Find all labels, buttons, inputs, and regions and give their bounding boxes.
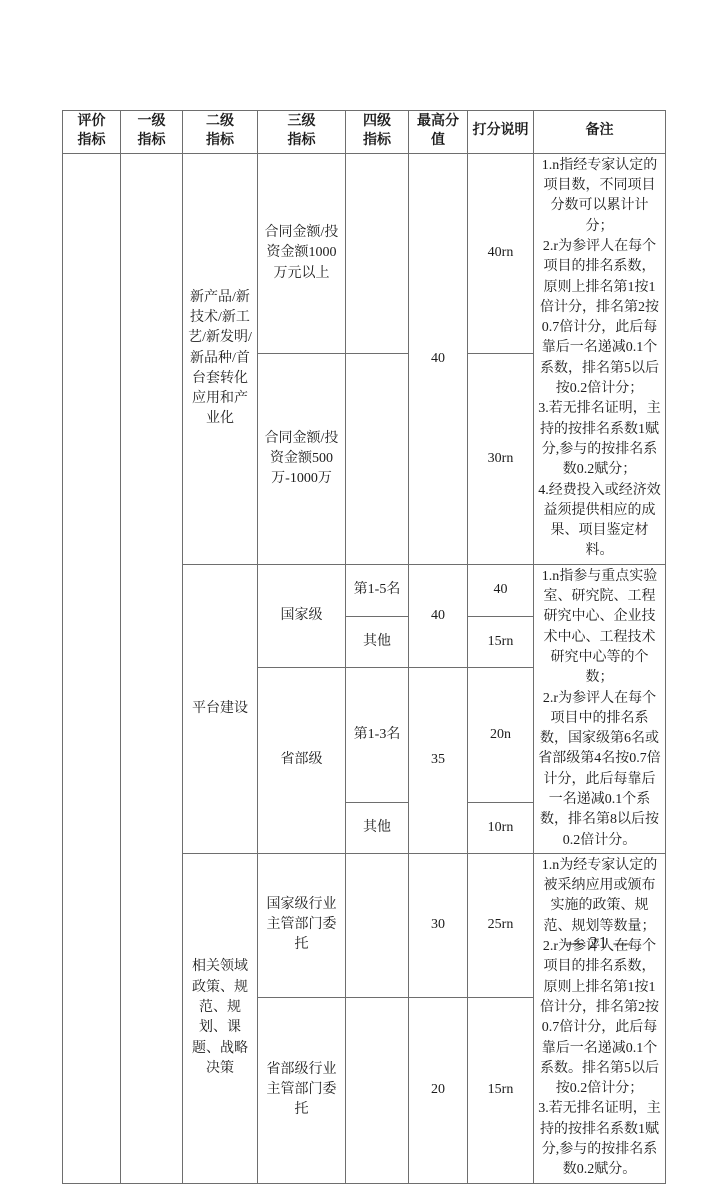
cell-level4-empty [346,997,409,1183]
cell-level4-other-provincial: 其他 [346,802,409,853]
evaluation-table: 评价 指标 一级 指标 二级 指标 三级 指标 四级 指标 最高分 值 打分说明… [62,110,666,1184]
page-number: — 21 — [566,933,632,953]
cell-score-40rn: 40rn [468,153,534,354]
remark-item: 1.n指经专家认定的项目数，不同项目分数可以累计计分； [537,156,662,237]
cell-level4-empty [346,153,409,354]
table-header-row: 评价 指标 一级 指标 二级 指标 三级 指标 四级 指标 最高分 值 打分说明… [63,111,666,154]
cell-score-20n: 20n [468,667,534,802]
cell-score-15rn: 15rn [468,997,534,1183]
remark-item: 1.n为经专家认定的被采纳应用或颁布实施的政策、规范、规划等数量； [537,856,662,937]
remark-item: 3.若无排名证明，主持的按排名系数1赋分,参与的按排名系数0.2赋分； [537,399,662,480]
cell-level2-policy: 相关领域政策、规范、规划、课题、战略决策 [183,853,258,1183]
cell-max-score-s1: 40 [409,153,468,564]
remark-item: 3.若无排名证明，主持的按排名系数1赋分,参与的按排名系数0.2赋分。 [537,1099,662,1180]
cell-max-score-national: 40 [409,564,468,667]
cell-max-score-30: 30 [409,853,468,997]
cell-level3-national-dept: 国家级行业主管部门委托 [258,853,346,997]
cell-max-score-provincial: 35 [409,667,468,853]
cell-level4-other-national: 其他 [346,616,409,667]
cell-score-40: 40 [468,564,534,616]
cell-score-30rn: 30rn [468,354,534,564]
header-scoring-notes: 打分说明 [468,111,534,154]
remark-item: 4.经费投入或经济效益须提供相应的成果、项目鉴定材料。 [537,481,662,562]
cell-level3-national: 国家级 [258,564,346,667]
cell-level1-indicator-empty [121,153,183,1183]
cell-level3-contract-500: 合同金额/投资金额500万-1000万 [258,354,346,564]
cell-score-15rn-national: 15rn [468,616,534,667]
cell-remark-s2: 1.n指参与重点实验室、研究院、工程研究中心、企业技术中心、工程技术研究中心等的… [534,564,666,853]
cell-level3-contract-1000: 合同金额/投资金额1000万元以上 [258,153,346,354]
cell-level2-new-products: 新产品/新技术/新工艺/新发明/新品种/首台套转化应用和产业化 [183,153,258,564]
header-remarks: 备注 [534,111,666,154]
cell-level4-rank-1-3: 第1-3名 [346,667,409,802]
cell-level3-provincial-dept: 省部级行业主管部门委托 [258,997,346,1183]
remark-item: 2.r为参评人在每个项目的排名系数，原则上排名第1按1倍计分，排名第2按0.7倍… [537,937,662,1099]
cell-score-10rn: 10rn [468,802,534,853]
cell-level3-provincial: 省部级 [258,667,346,853]
header-level3-indicator: 三级 指标 [258,111,346,154]
cell-remark-s3: 1.n为经专家认定的被采纳应用或颁布实施的政策、规范、规划等数量； 2.r为参评… [534,853,666,1183]
header-level2-indicator: 二级 指标 [183,111,258,154]
cell-max-score-20: 20 [409,997,468,1183]
cell-level4-rank-1-5: 第1-5名 [346,564,409,616]
table-row: 新产品/新技术/新工艺/新发明/新品种/首台套转化应用和产业化 合同金额/投资金… [63,153,666,354]
header-eval-indicator: 评价 指标 [63,111,121,154]
cell-level4-empty [346,853,409,997]
header-max-score: 最高分 值 [409,111,468,154]
cell-score-25rn: 25rn [468,853,534,997]
header-level1-indicator: 一级 指标 [121,111,183,154]
remark-item: 2.r为参评人在每个项目的排名系数，原则上排名第1按1倍计分，排名第2按0.7倍… [537,237,662,399]
header-level4-indicator: 四级 指标 [346,111,409,154]
cell-level4-empty [346,354,409,564]
document-page: 评价 指标 一级 指标 二级 指标 三级 指标 四级 指标 最高分 值 打分说明… [0,0,724,1024]
remark-item: 1.n指参与重点实验室、研究院、工程研究中心、企业技术中心、工程技术研究中心等的… [537,567,662,689]
cell-remark-s1: 1.n指经专家认定的项目数，不同项目分数可以累计计分； 2.r为参评人在每个项目… [534,153,666,564]
cell-eval-indicator-empty [63,153,121,1183]
cell-level2-platform: 平台建设 [183,564,258,853]
remark-item: 2.r为参评人在每个项目中的排名系数，国家级第6名或省部级第4名按0.7倍计分，… [537,689,662,851]
